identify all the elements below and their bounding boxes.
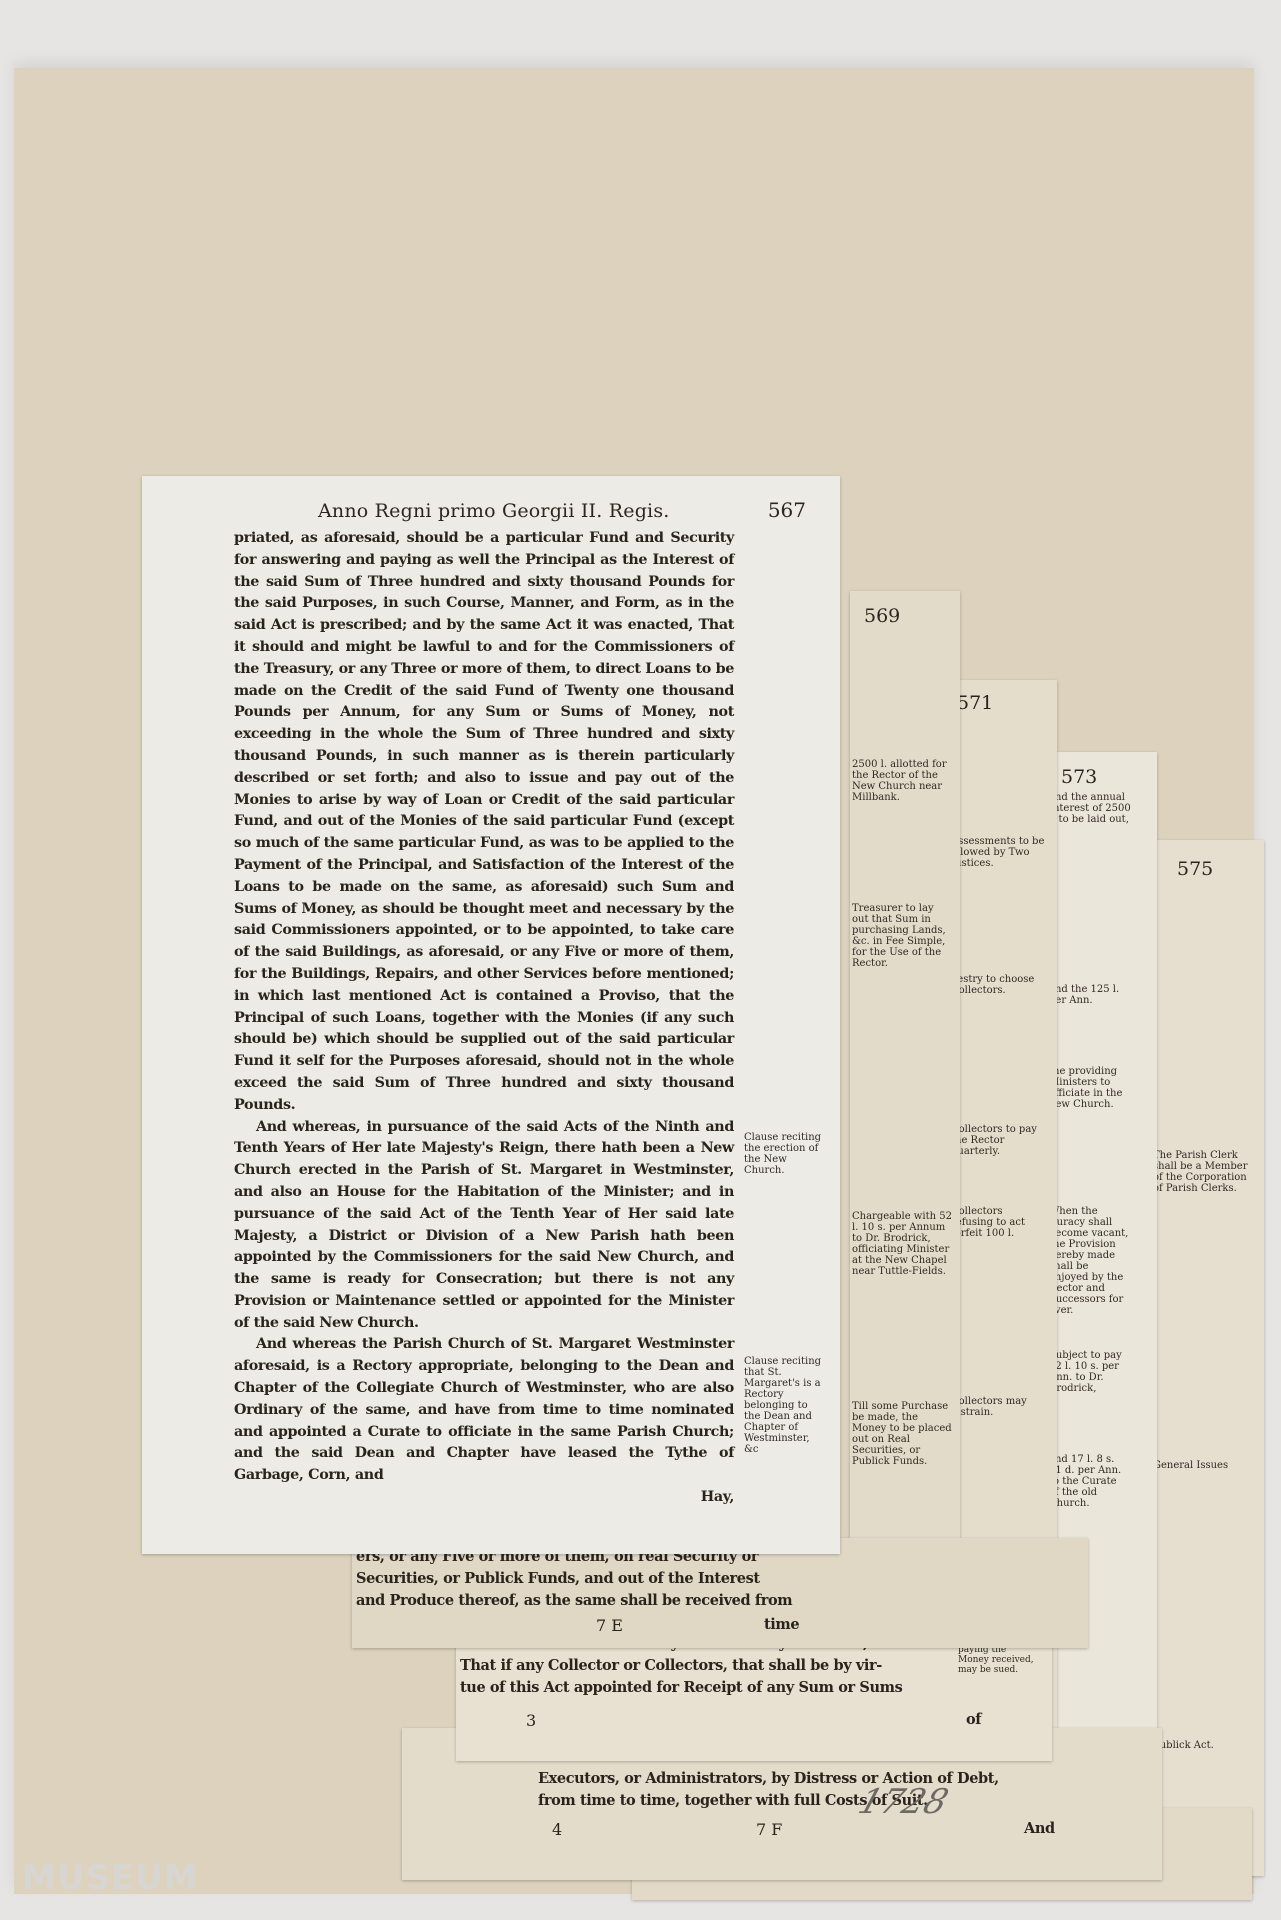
museum-watermark: MUSEUM xyxy=(22,1858,199,1898)
margin-note: Collectors to pay the Rector quarterly. xyxy=(951,1124,1047,1157)
text-line: tue of this Act appointed for Receipt of… xyxy=(460,1677,902,1699)
page-fragment-7e: ers, or any Five or more of them, on rea… xyxy=(352,1538,1088,1648)
folio-569: 569 xyxy=(864,605,900,627)
margin-note: When the Curacy shall become vacant, the… xyxy=(1049,1206,1129,1316)
catchword: of xyxy=(966,1709,981,1731)
margin-note: Clause reciting the erection of the New … xyxy=(744,1132,824,1176)
folio-573: 573 xyxy=(1061,766,1097,788)
margin-note: The Parish Clerk shall be a Member of th… xyxy=(1153,1150,1253,1194)
margin-note: Collectors may distrain. xyxy=(951,1396,1047,1418)
text-line: and Produce thereof, as the same shall b… xyxy=(356,1590,792,1612)
margin-note: Clause reciting that St. Margaret's is a… xyxy=(744,1356,824,1455)
paragraph: And whereas the Parish Church of St. Mar… xyxy=(234,1334,734,1487)
folio-571: 571 xyxy=(957,692,993,714)
catchword: time xyxy=(764,1614,799,1636)
margin-note: Chargeable with 52 l. 10 s. per Annum to… xyxy=(852,1211,952,1277)
catchword: Hay, xyxy=(234,1487,734,1509)
catchword: And xyxy=(1024,1818,1055,1840)
margin-note: 2500 l. allotted for the Rector of the N… xyxy=(852,759,948,803)
folio-567: 567 xyxy=(768,498,806,522)
handwritten-year: 1728 xyxy=(854,1782,954,1822)
running-head: Anno Regni primo Georgii II. Regis. xyxy=(318,500,670,522)
page-573: 573 and the annual Interest of 2500 l. t… xyxy=(1047,752,1157,1878)
margin-note: General Issues xyxy=(1153,1460,1253,1471)
margin-note: Treasurer to lay out that Sum in purchas… xyxy=(852,903,948,969)
margin-note: and the 125 l. per Ann. xyxy=(1049,984,1139,1006)
margin-note: Publick Act. xyxy=(1153,1740,1253,1751)
text-line: Securities, or Publick Funds, and out of… xyxy=(356,1568,760,1590)
margin-note: and 17 l. 8 s. 11 d. per Ann. to the Cur… xyxy=(1049,1454,1129,1509)
margin-note: Collectors refusing to act forfeit 100 l… xyxy=(951,1206,1047,1239)
page-569: 569 2500 l. allotted for the Rector of t… xyxy=(850,591,960,1621)
body-text: priated, as aforesaid, should be a parti… xyxy=(234,528,734,1509)
page-575: 575 The Parish Clerk shall be a Member o… xyxy=(1149,840,1264,1876)
margin-note: Vestry to choose Collectors. xyxy=(951,974,1047,996)
margin-note: Till some Purchase be made, the Money to… xyxy=(852,1401,952,1467)
signature-mark: 7 E xyxy=(596,1616,623,1635)
folio-575: 575 xyxy=(1177,858,1213,880)
margin-note: the providing Ministers to officiate in … xyxy=(1049,1066,1139,1110)
paragraph: priated, as aforesaid, should be a parti… xyxy=(234,528,734,1117)
margin-note: Subject to pay 52 l. 10 s. per Ann. to D… xyxy=(1049,1350,1129,1394)
page-567: Anno Regni primo Georgii II. Regis. 567 … xyxy=(142,476,840,1554)
page-number: 4 xyxy=(552,1820,562,1839)
mounting-board: 575 The Parish Clerk shall be a Member o… xyxy=(14,68,1254,1894)
text-line: That if any Collector or Collectors, tha… xyxy=(460,1655,882,1677)
margin-note: Assessments to be allowed by Two Justice… xyxy=(951,836,1047,869)
signature-mark: 7 F xyxy=(756,1820,782,1839)
page-number: 3 xyxy=(526,1711,536,1730)
margin-note: and the annual Interest of 2500 l. to be… xyxy=(1049,792,1139,825)
paragraph: And whereas, in pursuance of the said Ac… xyxy=(234,1117,734,1335)
